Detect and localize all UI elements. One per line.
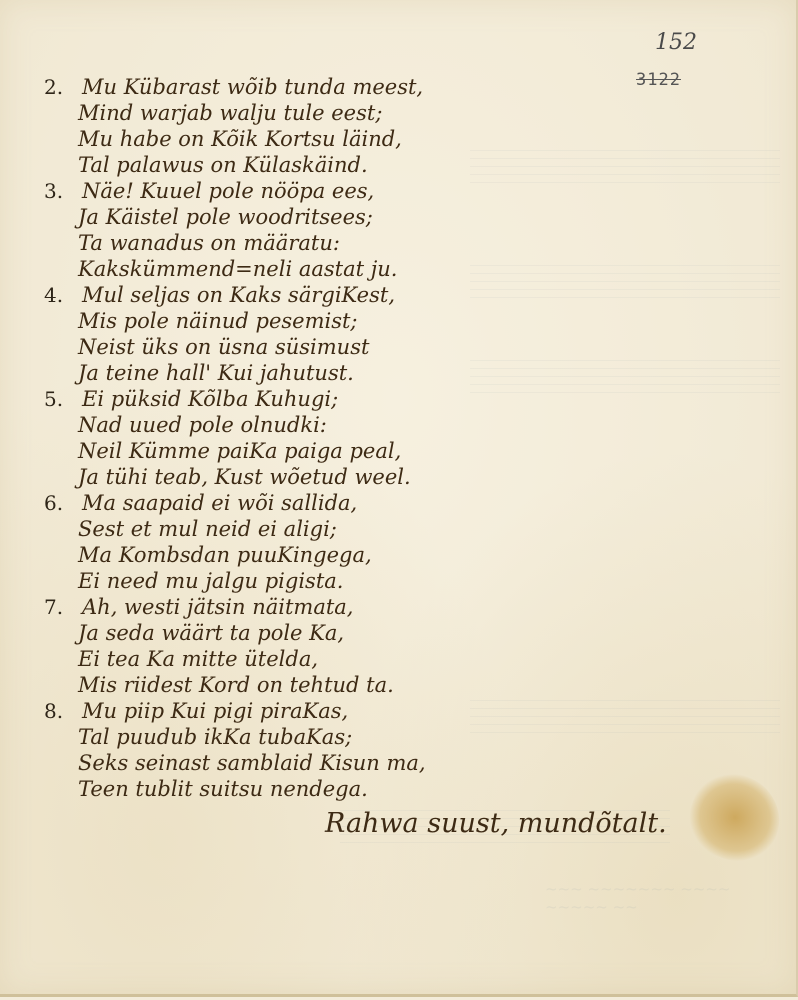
stanza-8: 8. Mu piip Kui pigi piraKas, Tal puudub … <box>40 698 640 802</box>
verse-line: Ma Kombsdan puuKingega, <box>40 542 640 568</box>
verse-line: Nad uued pole olnudki: <box>40 412 640 438</box>
verse-line: Neil Kümme paiKa paiga peal, <box>40 438 640 464</box>
water-stain <box>678 762 792 873</box>
verse-line: Neist üks on üsna süsimust <box>40 334 640 360</box>
verse-line: Teen tublit suitsu nendega. <box>40 776 640 802</box>
verse-line: Mu habe on Kõik Kortsu läind, <box>40 126 640 152</box>
verse-line: Ja tühi teab, Kust wõetud weel. <box>40 464 640 490</box>
verse-line: Mu piip Kui pigi piraKas, <box>40 698 640 724</box>
verse-line: Ta wanadus on määratu: <box>40 230 640 256</box>
stanza-number: 5. <box>44 386 63 412</box>
verse-line: Sest et mul neid ei aligi; <box>40 516 640 542</box>
verse-line: Ja teine hall' Kui jahutust. <box>40 360 640 386</box>
verse-line: Ma saapaid ei wõi sallida, <box>40 490 640 516</box>
bleed-through-text: ~~~ ~~~~~~~ ~~~~ ~~~~~ ~~ <box>545 880 796 916</box>
poem-text: 2. Mu Kübarast wõib tunda meest, Mind wa… <box>40 74 640 802</box>
verse-line: Mul seljas on Kaks särgiKest, <box>40 282 640 308</box>
stanza-number: 4. <box>44 282 63 308</box>
verse-line: Mis riidest Kord on tehtud ta. <box>40 672 640 698</box>
stanza-number: 6. <box>44 490 63 516</box>
verse-line: Näe! Kuuel pole nööpa ees, <box>40 178 640 204</box>
stanza-number: 7. <box>44 594 63 620</box>
verse-line: Mu Kübarast wõib tunda meest, <box>40 74 640 100</box>
stanza-2: 2. Mu Kübarast wõib tunda meest, Mind wa… <box>40 74 640 178</box>
crossed-out-page-number: 3122 <box>636 70 681 90</box>
stanza-number: 2. <box>44 74 63 100</box>
verse-line: Ei püksid Kõlba Kuhugi; <box>40 386 640 412</box>
manuscript-page: ~~~ ~~~~~~~ ~~~~ ~~~~~ ~~ 152 3122 2. Mu… <box>0 0 798 997</box>
verse-line: Tal palawus on Külaskäind. <box>40 152 640 178</box>
source-attribution: Rahwa suust, mundõtalt. <box>325 808 667 839</box>
stanza-5: 5. Ei püksid Kõlba Kuhugi; Nad uued pole… <box>40 386 640 490</box>
verse-line: Tal puudub ikKa tubaKas; <box>40 724 640 750</box>
verse-line: Ei need mu jalgu pigista. <box>40 568 640 594</box>
verse-line: Mind warjab walju tule eest; <box>40 100 640 126</box>
stanza-7: 7. Ah, westi jätsin näitmata, Ja seda wä… <box>40 594 640 698</box>
verse-line: Ah, westi jätsin näitmata, <box>40 594 640 620</box>
verse-line: Ja Käistel pole woodritsees; <box>40 204 640 230</box>
verse-line: Ei tea Ka mitte ütelda, <box>40 646 640 672</box>
verse-line: Ja seda wäärt ta pole Ka, <box>40 620 640 646</box>
page-number: 152 <box>655 30 697 55</box>
stanza-4: 4. Mul seljas on Kaks särgiKest, Mis pol… <box>40 282 640 386</box>
stanza-6: 6. Ma saapaid ei wõi sallida, Sest et mu… <box>40 490 640 594</box>
verse-line: Seks seinast samblaid Kisun ma, <box>40 750 640 776</box>
stanza-number: 3. <box>44 178 63 204</box>
stanza-number: 8. <box>44 698 63 724</box>
verse-line: Mis pole näinud pesemist; <box>40 308 640 334</box>
verse-line: Kakskümmend=neli aastat ju. <box>40 256 640 282</box>
stanza-3: 3. Näe! Kuuel pole nööpa ees, Ja Käistel… <box>40 178 640 282</box>
